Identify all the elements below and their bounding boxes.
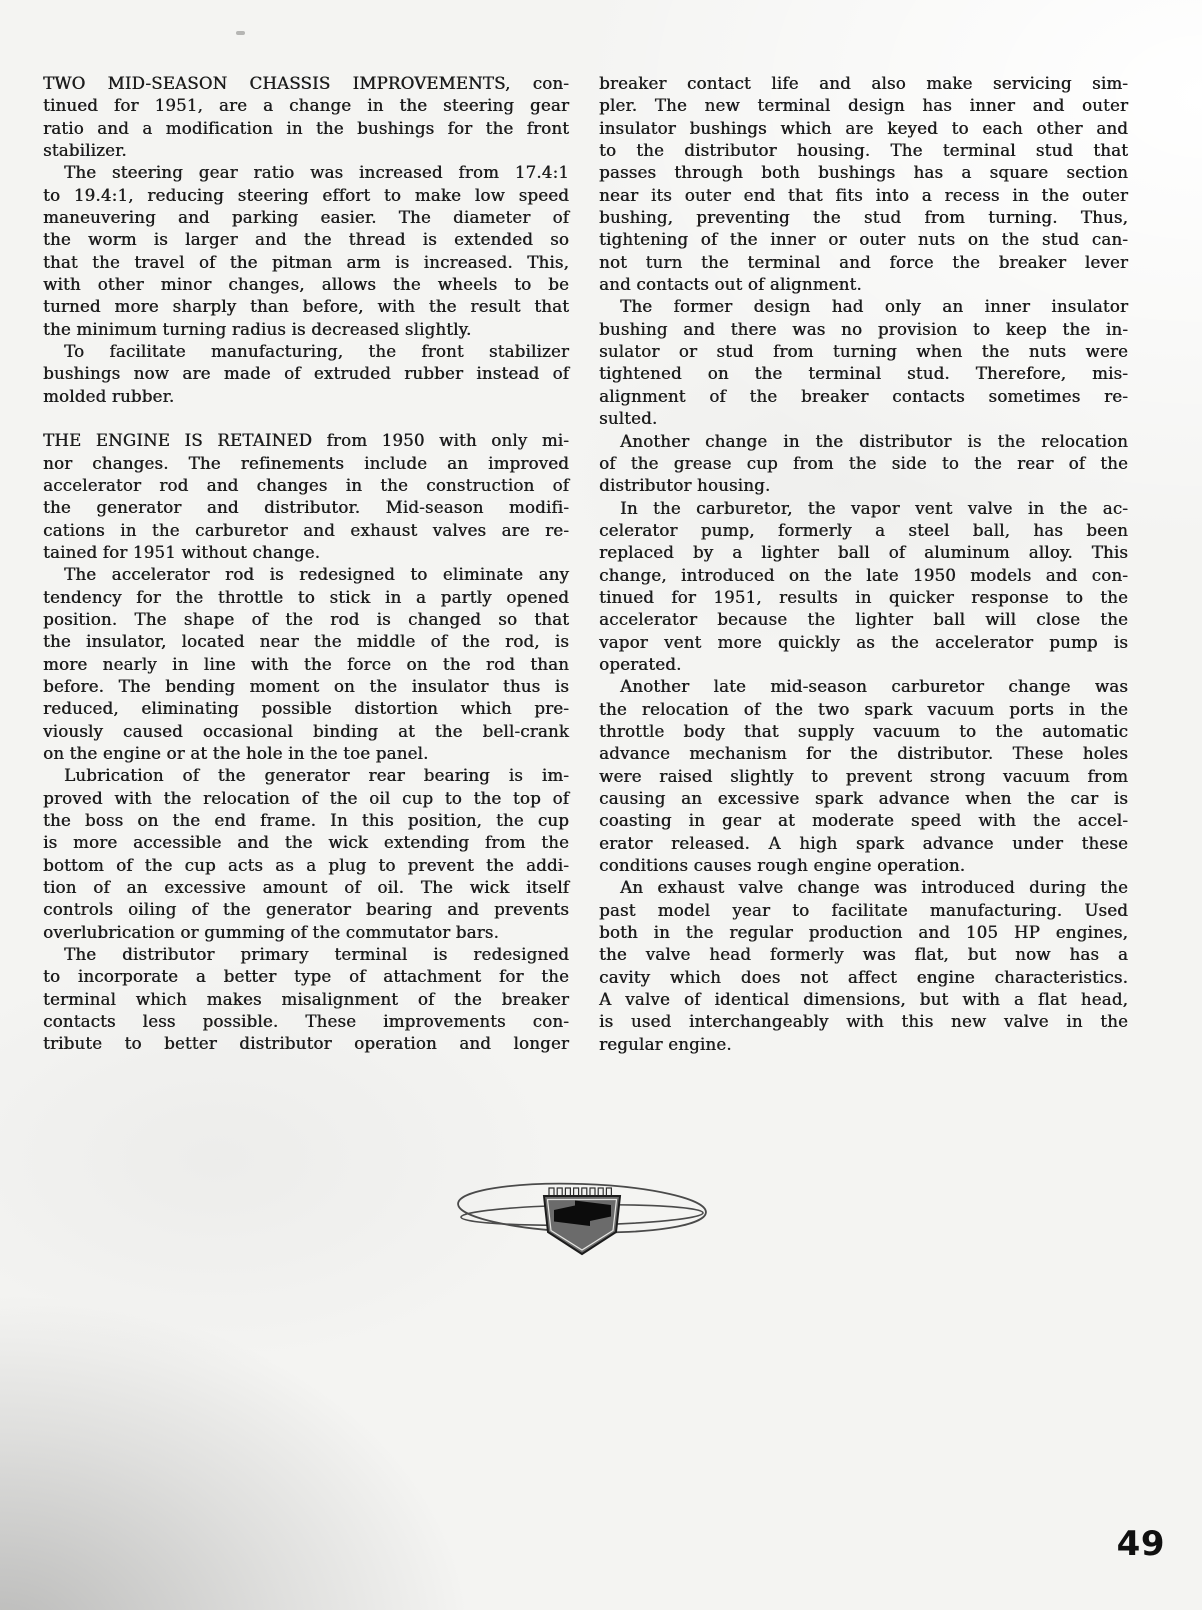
paragraph: An exhaust valve change was introduced d…: [599, 877, 1128, 1056]
text-line: contacts less possible. These improvemen…: [43, 1011, 569, 1033]
text-line: tribute to better distributor operation …: [43, 1033, 569, 1055]
text-line: sulator or stud from turning when the nu…: [599, 341, 1128, 363]
paragraph: The distributor primary terminal is rede…: [43, 944, 569, 1056]
column-right: breaker contact life and also make servi…: [599, 73, 1128, 1056]
column-left: TWO MID-SEASON CHASSIS IMPROVEMENTS, con…: [43, 73, 569, 1056]
text-line: reduced, eliminating possible distortion…: [43, 698, 569, 720]
text-line: near its outer end that fits into a rece…: [599, 185, 1128, 207]
text-line: tained for 1951 without change.: [43, 542, 569, 564]
text-line: the insulator, located near the middle o…: [43, 631, 569, 653]
text-line: Lubrication of the generator rear bearin…: [43, 765, 569, 787]
text-line: bushing, preventing the stud from turnin…: [599, 207, 1128, 229]
text-line: advance mechanism for the distributor. T…: [599, 743, 1128, 765]
text-line: erator released. A high spark advance un…: [599, 833, 1128, 855]
text-line: maneuvering and parking easier. The diam…: [43, 207, 569, 229]
text-line: stabilizer.: [43, 140, 569, 162]
text-line: not turn the terminal and force the brea…: [599, 252, 1128, 274]
scan-artifact-speck: [236, 31, 245, 35]
text-line: with other minor changes, allows the whe…: [43, 274, 569, 296]
text-line: vapor vent more quickly as the accelerat…: [599, 632, 1128, 654]
text-line: past model year to facilitate manufactur…: [599, 900, 1128, 922]
paragraph: The accelerator rod is redesigned to eli…: [43, 564, 569, 765]
text-line: proved with the relocation of the oil cu…: [43, 788, 569, 810]
text-line: An exhaust valve change was introduced d…: [599, 877, 1128, 899]
text-line: is more accessible and the wick extendin…: [43, 832, 569, 854]
paragraph: To facilitate manufacturing, the front s…: [43, 341, 569, 408]
text-line: tendency for the throttle to stick in a …: [43, 587, 569, 609]
text-line: nor changes. The refinements include an …: [43, 453, 569, 475]
text-line: before. The bending moment on the insula…: [43, 676, 569, 698]
text-line: bushings now are made of extruded rubber…: [43, 363, 569, 385]
paragraph: Another change in the distributor is the…: [599, 431, 1128, 498]
text-line: The accelerator rod is redesigned to eli…: [43, 564, 569, 586]
text-line: The distributor primary terminal is rede…: [43, 944, 569, 966]
text-line: molded rubber.: [43, 386, 569, 408]
text-line: position. The shape of the rod is change…: [43, 609, 569, 631]
text-line: to 19.4:1, reducing steering effort to m…: [43, 185, 569, 207]
text-line: and contacts out of alignment.: [599, 274, 1128, 296]
scanned-document-page: TWO MID-SEASON CHASSIS IMPROVEMENTS, con…: [0, 0, 1202, 1610]
text-line: distributor housing.: [599, 475, 1128, 497]
text-line: celerator pump, formerly a steel ball, h…: [599, 520, 1128, 542]
paragraph: In the carburetor, the vapor vent valve …: [599, 498, 1128, 677]
text-line: alignment of the breaker contacts someti…: [599, 386, 1128, 408]
text-line: insulator bushings which are keyed to ea…: [599, 118, 1128, 140]
text-line: overlubrication or gumming of the commut…: [43, 922, 569, 944]
text-line: cations in the carburetor and exhaust va…: [43, 520, 569, 542]
text-line: to incorporate a better type of attachme…: [43, 966, 569, 988]
text-line: the minimum turning radius is decreased …: [43, 319, 569, 341]
text-line: bushing and there was no provision to ke…: [599, 319, 1128, 341]
text-line: operated.: [599, 654, 1128, 676]
text-line: accelerator rod and changes in the const…: [43, 475, 569, 497]
paragraph: Lubrication of the generator rear bearin…: [43, 765, 569, 944]
text-line: were raised slightly to prevent strong v…: [599, 766, 1128, 788]
text-line: pler. The new terminal design has inner …: [599, 95, 1128, 117]
paragraph: Another late mid-season carburetor chang…: [599, 676, 1128, 877]
text-line: the valve head formerly was flat, but no…: [599, 944, 1128, 966]
text-line: THE ENGINE IS RETAINED from 1950 with on…: [43, 430, 569, 452]
paragraph: TWO MID-SEASON CHASSIS IMPROVEMENTS, con…: [43, 73, 569, 162]
text-line: both in the regular production and 105 H…: [599, 922, 1128, 944]
paragraph: The steering gear ratio was increased fr…: [43, 162, 569, 341]
text-line: of the grease cup from the side to the r…: [599, 453, 1128, 475]
text-line: throttle body that supply vacuum to the …: [599, 721, 1128, 743]
text-line: that the travel of the pitman arm is inc…: [43, 252, 569, 274]
text-line: causing an excessive spark advance when …: [599, 788, 1128, 810]
text-line: ratio and a modification in the bushings…: [43, 118, 569, 140]
text-line: Another late mid-season carburetor chang…: [599, 676, 1128, 698]
text-line: tinued for 1951, are a change in the ste…: [43, 95, 569, 117]
text-line: tightened on the terminal stud. Therefor…: [599, 363, 1128, 385]
text-line: the relocation of the two spark vacuum p…: [599, 699, 1128, 721]
text-line: more nearly in line with the force on th…: [43, 654, 569, 676]
text-line: In the carburetor, the vapor vent valve …: [599, 498, 1128, 520]
text-line: terminal which makes misalignment of the…: [43, 989, 569, 1011]
text-line: passes through both bushings has a squar…: [599, 162, 1128, 184]
text-line: the boss on the end frame. In this posit…: [43, 810, 569, 832]
chevrolet-logo-icon: [452, 1152, 712, 1260]
text-line: To facilitate manufacturing, the front s…: [43, 341, 569, 363]
text-line: the worm is larger and the thread is ext…: [43, 229, 569, 251]
text-line: change, introduced on the late 1950 mode…: [599, 565, 1128, 587]
text-line: A valve of identical dimensions, but wit…: [599, 989, 1128, 1011]
text-line: accelerator because the lighter ball wil…: [599, 609, 1128, 631]
text-line: controls oiling of the generator bearing…: [43, 899, 569, 921]
page-number: 49: [1085, 1524, 1165, 1564]
text-line: is used interchangeably with this new va…: [599, 1011, 1128, 1033]
paragraph: The former design had only an inner insu…: [599, 296, 1128, 430]
text-line: The steering gear ratio was increased fr…: [43, 162, 569, 184]
text-line: conditions causes rough engine operation…: [599, 855, 1128, 877]
text-line: tinued for 1951, results in quicker resp…: [599, 587, 1128, 609]
text-line: cavity which does not affect engine char…: [599, 967, 1128, 989]
text-line: TWO MID-SEASON CHASSIS IMPROVEMENTS, con…: [43, 73, 569, 95]
text-line: tightening of the inner or outer nuts on…: [599, 229, 1128, 251]
paragraph: THE ENGINE IS RETAINED from 1950 with on…: [43, 430, 569, 564]
text-line: replaced by a lighter ball of aluminum a…: [599, 542, 1128, 564]
text-line: tion of an excessive amount of oil. The …: [43, 877, 569, 899]
text-line: breaker contact life and also make servi…: [599, 73, 1128, 95]
text-line: sulted.: [599, 408, 1128, 430]
text-line: viously caused occasional binding at the…: [43, 721, 569, 743]
text-line: on the engine or at the hole in the toe …: [43, 743, 569, 765]
paragraph: breaker contact life and also make servi…: [599, 73, 1128, 296]
text-line: The former design had only an inner insu…: [599, 296, 1128, 318]
text-line: Another change in the distributor is the…: [599, 431, 1128, 453]
text-line: turned more sharply than before, with th…: [43, 296, 569, 318]
text-line: coasting in gear at moderate speed with …: [599, 810, 1128, 832]
text-line: bottom of the cup acts as a plug to prev…: [43, 855, 569, 877]
text-line: to the distributor housing. The terminal…: [599, 140, 1128, 162]
text-line: the generator and distributor. Mid-seaso…: [43, 497, 569, 519]
text-line: regular engine.: [599, 1034, 1128, 1056]
